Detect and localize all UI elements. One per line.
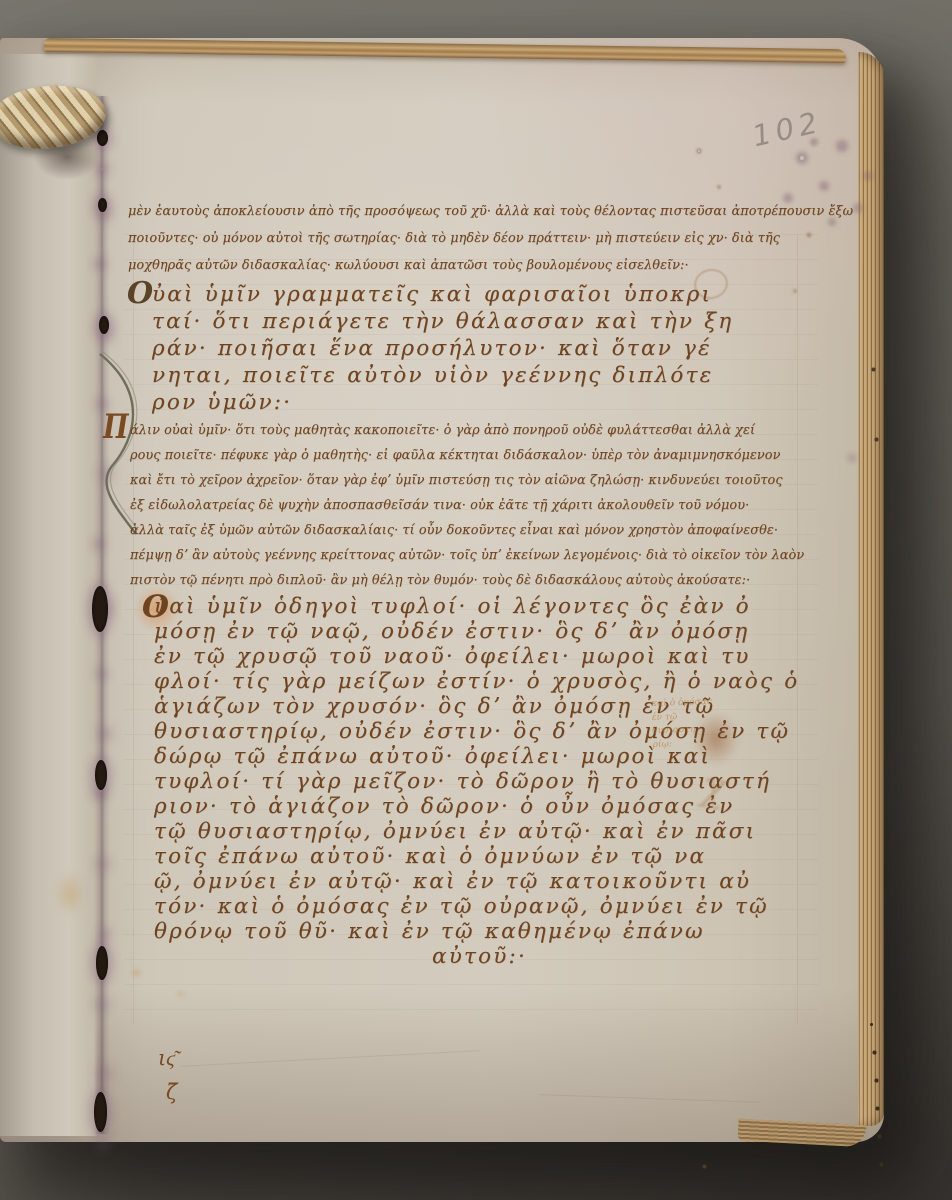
marginal-note-line: καὶ ὁ ὀμόσας <box>651 696 712 712</box>
commentary-line: πιστὸν τῷ πένητι πρὸ διπλοῦ· ἂν μὴ θέλῃ … <box>130 568 804 593</box>
gospel-line-final: αὐτοῦ:· <box>432 944 799 969</box>
gospel-line: τῷ θυσιαστηρίῳ, ὀμνύει ἐν αὐτῷ· καὶ ἐν π… <box>154 819 799 844</box>
bottom-page-edges <box>738 1119 867 1148</box>
gospel-line: ἐν τῷ χρυσῷ τοῦ ναοῦ· ὀφείλει· μωροὶ καὶ… <box>154 644 799 669</box>
sewing-hole <box>99 316 109 334</box>
pricking-dots <box>870 1023 873 1026</box>
marginal-note-line: ρίῳ: <box>652 736 713 752</box>
gospel-line: μόσῃ ἐν τῷ ναῷ, οὐδέν ἐστιν· ὃς δʼ ἂν ὀμ… <box>154 619 799 644</box>
gutter-yellow-stain <box>56 872 84 916</box>
commentary-line: πέμψῃ δʼ ἂν αὐτοὺς γεέννης κρείττονας αὐ… <box>130 543 804 568</box>
commentary-line: μὲν ἑαυτοὺς ἀποκλείουσιν ἀπὸ τῆς προσόψε… <box>128 198 853 225</box>
commentary-line: ρους ποιεῖτε· πέφυκε γὰρ ὁ μαθητὴς· εἰ φ… <box>130 443 804 468</box>
gospel-line: ὐαὶ ὑμῖν ὁδηγοὶ τυφλοί· οἱ λέγοντες ὃς ἐ… <box>154 594 799 619</box>
page-top-edge <box>44 38 846 63</box>
gospel-line: ταί· ὅτι περιάγετε τὴν θάλασσαν καὶ τὴν … <box>152 308 733 335</box>
quire-mark-lower: ζ̄ <box>166 1080 177 1104</box>
gospel-line: τόν· καὶ ὁ ὀμόσας ἐν τῷ οὐρανῷ, ὀμνύει ἐ… <box>154 894 799 919</box>
parchment-crease <box>180 1050 480 1067</box>
gospel-line: ρον ὑμῶν:· <box>152 389 733 416</box>
gutter-dye-stains <box>101 168 103 170</box>
sewing-hole <box>94 1092 107 1132</box>
ruling-left-guide <box>133 234 134 1024</box>
gospel-block-1: ὐαὶ ὑμῖν γραμματεῖς καὶ φαρισαῖοι ὑποκρι… <box>152 281 733 416</box>
sewing-hole <box>96 946 108 980</box>
commentary-line: άλιν οὐαὶ ὑμῖν· ὅτι τοὺς μαθητὰς κακοποι… <box>130 418 804 443</box>
ink-freckles <box>698 150 700 152</box>
manuscript-book: 102 μὲν ἑαυτοὺς ἀποκλείουσιν ἀπὸ τῆς προ… <box>0 38 884 1142</box>
small-spot <box>176 990 185 998</box>
commentary-line: ποιοῦντες· οὐ μόνον αὐτοὶ τῆς σωτηρίας· … <box>128 225 853 252</box>
marginal-note: καὶ ὁ ὀμόσας ἐν τῷ θυσιαστη ρίῳ: <box>651 696 713 752</box>
commentary-top-block: μὲν ἑαυτοὺς ἀποκλείουσιν ἀπὸ τῆς προσόψε… <box>128 198 853 279</box>
commentary-initial-pi: Π <box>103 408 129 447</box>
quire-mark-upper: ιϛ͂ <box>158 1046 176 1071</box>
commentary-line: καὶ ἔτι τὸ χεῖρον ἀχρεῖον· ὅταν γὰρ ἐφʼ … <box>130 468 804 493</box>
commentary-main-block: άλιν οὐαὶ ὑμῖν· ὅτι τοὺς μαθητὰς κακοποι… <box>130 418 804 593</box>
photo-background: 102 μὲν ἑαυτοὺς ἀποκλείουσιν ἀπὸ τῆς προ… <box>0 0 952 1200</box>
gospel-line: ὐαὶ ὑμῖν γραμματεῖς καὶ φαρισαῖοι ὑποκρι <box>152 281 733 308</box>
gospel-line: τοῖς ἐπάνω αὐτοῦ· καὶ ὁ ὀμνύων ἐν τῷ να <box>154 844 799 869</box>
parchment-crease <box>540 1094 760 1103</box>
mildew-spots <box>800 156 804 160</box>
gospel-line: ῷ, ὀμνύει ἐν αὐτῷ· καὶ ἐν τῷ κατοικοῦντι… <box>154 869 799 894</box>
sewing-hole <box>98 198 107 212</box>
gospel-initial-omicron: Ο <box>127 276 153 311</box>
sewing-hole <box>95 760 107 790</box>
gospel-line: φλοί· τίς γὰρ μείζων ἐστίν· ὁ χρυσὸς, ἢ … <box>154 669 799 694</box>
folio-number: 102 <box>749 105 825 154</box>
sewing-hole <box>97 130 108 146</box>
conjugate-leaf <box>0 54 98 1136</box>
commentary-line: μοχθηρᾶς αὐτῶν διδασκαλίας· κωλύουσι καὶ… <box>128 252 853 279</box>
sewing-hole <box>92 586 108 632</box>
commentary-line: ἐξ εἰδωλολατρείας δὲ ψυχὴν ἀποσπασθεῖσάν… <box>130 493 804 518</box>
gospel-line: νηται, ποιεῖτε αὐτὸν υἱὸν γεέννης διπλότ… <box>152 362 733 389</box>
small-spot <box>130 968 142 978</box>
gospel-line: ράν· ποιῆσαι ἕνα προσήλυτον· καὶ ὅταν γέ <box>152 335 733 362</box>
fore-edge <box>858 52 884 1126</box>
gospel-line: θρόνῳ τοῦ θῦ· καὶ ἐν τῷ καθημένῳ ἐπάνω <box>154 919 799 944</box>
commentary-line: ἀλλὰ ταῖς ἐξ ὑμῶν αὐτῶν διδασκαλίαις· τί… <box>130 518 804 543</box>
